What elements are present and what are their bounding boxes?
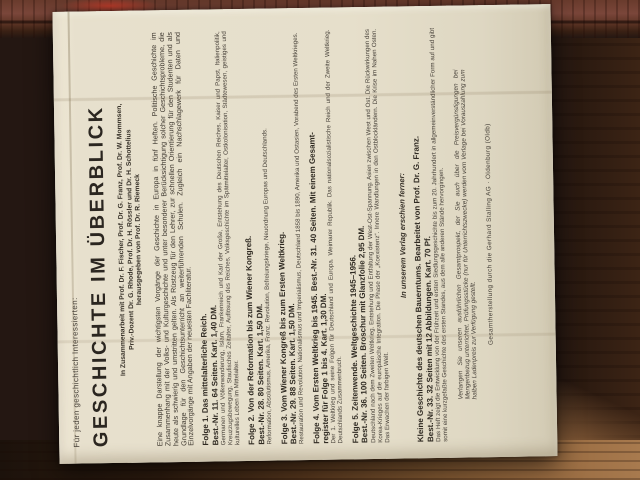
folge-3-section: Folge 3. Vom Wiener Kongreß bis zum Erst… — [274, 30, 307, 444]
extra-title-section: Kleine Geschichte des deutschen Bauerntu… — [410, 28, 450, 442]
imprint-line: Gesamtherstellung durch die Gerhard Stal… — [483, 27, 497, 441]
folge-4-section: Folge 4. Vom Ersten Weltkrieg bis 1945. … — [306, 29, 346, 443]
photo-scene: Für jeden geschichtlich Interessierten: … — [0, 0, 640, 480]
collaborators: In Zusammenarbeit mit Prof. Dr. F. Fisch… — [115, 33, 147, 447]
folge-1-desc: Germanen und Völkerwanderung, Islam, Fra… — [215, 31, 242, 445]
folge-1-section: Folge 1. Das mittelalterliche Reich. Bes… — [195, 31, 242, 446]
folge-5-section: Folge 5. Zeitenwende. Weltgeschichte 194… — [345, 29, 392, 444]
folge-2-section: Folge 2. Von der Reformation bis zum Wie… — [241, 31, 274, 445]
folge-5-desc: Deutschland nach dem Zweiten Weltkrieg. … — [364, 29, 391, 443]
order-note: Verlangen Sie unseren ausführlichen Gesa… — [452, 69, 479, 399]
rotated-jacket-text: Für jeden geschichtlich Interessierten: … — [52, 4, 557, 464]
jacket-content: Für jeden geschichtlich Interessierten: … — [52, 4, 557, 464]
book-title: GESCHICHTE IM ÜBERBLICK — [84, 33, 113, 447]
book-back-cover: Für jeden geschichtlich Interessierten: … — [52, 4, 557, 464]
intro-paragraph: Eine knappe Darstellung der wichtigsten … — [150, 32, 196, 447]
publisher-note: In unserem Verlag erschien ferner: — [395, 28, 411, 442]
audience-line: Für jeden geschichtlich Interessierten: — [66, 34, 82, 448]
